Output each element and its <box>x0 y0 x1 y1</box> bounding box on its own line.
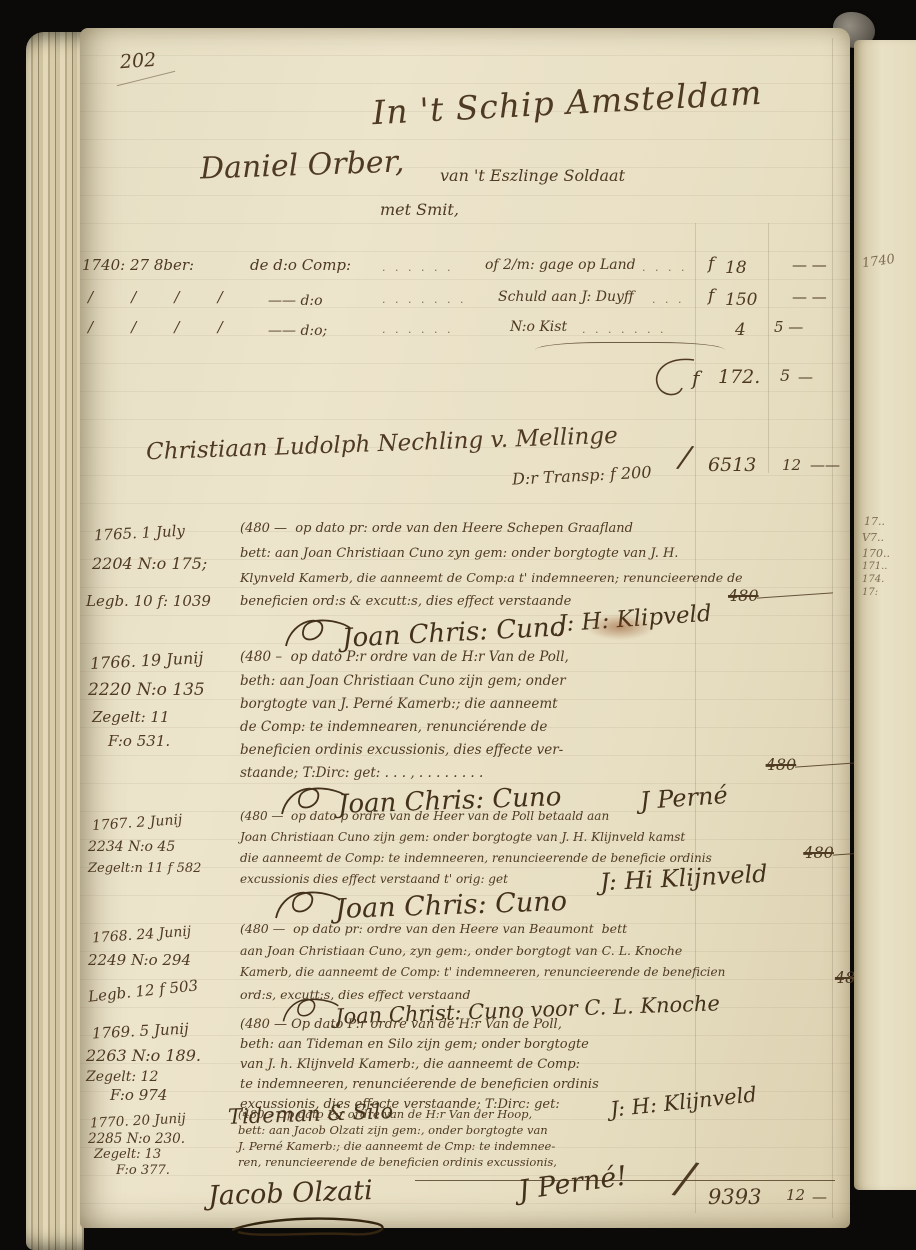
total-amount: 172. <box>718 368 760 388</box>
dot-leader: . . . . . . . <box>582 324 666 336</box>
facing-fragment: 174. <box>862 575 884 586</box>
account2-amount: 6513 <box>708 456 756 476</box>
ledger-row: / / / / —— d:o; . . . . . . N:o Kist . .… <box>80 320 840 344</box>
entry-date: 1765. 1 July <box>94 524 186 544</box>
entry-date: 1768. 24 Junij <box>92 925 192 947</box>
page-number-flourish <box>117 71 175 86</box>
row-desc: Schuld aan J: Duyff <box>498 290 634 305</box>
entry-ref: Zegelt: 12 <box>86 1070 158 1085</box>
entry-date: 1769. 5 Junij <box>92 1021 190 1042</box>
entry-ref: 2220 N:o 135 <box>88 682 205 700</box>
total-dash: — <box>798 370 813 386</box>
grand-total-amount: 9393 <box>708 1186 761 1208</box>
entry-body-line: Klynveld Kamerb, die aanneemt de Comp:a … <box>240 571 743 584</box>
ink-stain <box>585 614 655 640</box>
currency-sign: f <box>708 288 714 306</box>
facing-fragment: 1740 <box>861 253 896 271</box>
entry-ref: 2234 N:o 45 <box>88 840 175 855</box>
facing-fragment: 170.. <box>862 548 890 560</box>
entry-body-line: beneficien ord:s & excutt:s, dies effect… <box>240 595 571 609</box>
account2-transport: D:r Transp: f 200 <box>512 464 652 488</box>
entry-body-line: bett: aan Jacob Olzati zijn gem:, onder … <box>238 1124 548 1136</box>
account2-slash: / <box>678 441 692 474</box>
dot-leader: . . . . . . <box>382 324 453 336</box>
signature: Joan Chris: Cuno <box>335 886 568 925</box>
entry-body-line: (480 – op dato P:r ordre van de H:r Van … <box>240 650 569 664</box>
row-date: 1740: 27 8ber: <box>82 258 194 274</box>
entry-ref: 2263 N:o 189. <box>86 1048 201 1065</box>
row-cents: — — <box>792 290 827 306</box>
grand-total-dash: — <box>812 1190 827 1206</box>
account2-stuivers: 12 <box>782 458 801 474</box>
account-holder-note: met Smit, <box>380 202 459 219</box>
row-party: de d:o Comp: <box>250 258 351 274</box>
book-page-stack <box>26 32 84 1250</box>
entry-ref: F:o 974 <box>110 1088 167 1104</box>
total-cents: 5 <box>780 368 790 385</box>
entry-body-line: J. Perné Kamerb:; die aanneemt de Cmp: t… <box>238 1140 555 1152</box>
entry-ref: Legb. 10 f: 1039 <box>86 594 211 610</box>
facing-fragment: 17: <box>862 588 878 599</box>
entry-body-line: beth: aan Tideman en Silo zijn gem; onde… <box>240 1038 589 1052</box>
dot-leader: . . . . <box>642 262 687 274</box>
manuscript-page: 202 In 't Schip Amsteldam Daniel Orber, … <box>80 28 850 1228</box>
dot-leader: . . . <box>652 294 684 306</box>
row-date: / / / / <box>88 320 223 336</box>
row-desc: N:o Kist <box>510 320 567 335</box>
entry-body-line: (480 — op dato pr: orde van den Heere Sc… <box>240 522 633 536</box>
signature: J: H: Klijnveld <box>609 1082 758 1121</box>
entry-amount-struck: 480 <box>766 755 797 774</box>
account2-name: Christiaan Ludolph Nechling v. Mellinge <box>146 424 618 465</box>
row-date: / / / / <box>88 290 223 306</box>
entry-body-line: te indemneeren, renunciéerende de benefi… <box>240 1078 599 1092</box>
dot-leader: . . . . . . . <box>382 294 466 306</box>
entry-body-line: (480 — Op dato P:r ordre van de H:r Van … <box>240 1018 562 1032</box>
entry-ref: Legb. 12 f 503 <box>87 978 198 1005</box>
account2-dash: —— <box>810 458 840 474</box>
row-desc: of 2/m: gage op Land <box>485 258 636 273</box>
entry-amount-struck: 480 <box>803 843 834 862</box>
entry-body-line: beth: aan Joan Christiaan Cuno zijn gem;… <box>240 674 566 688</box>
entry-ref: 2285 N:o 230. <box>88 1132 185 1146</box>
dot-leader: . . . . . . <box>382 262 453 274</box>
account-holder-origin: van 't Eszlinge Soldaat <box>440 168 625 185</box>
entry-date: 1767. 2 Junij <box>92 813 183 834</box>
entry-body-line: Kamerb, die aanneemt de Comp: t' indemne… <box>240 966 725 979</box>
signature: Joan Chris: Cuno <box>341 612 566 654</box>
entry-body-line: staande; T:Dirc: get: . . . , . . . . . … <box>240 766 483 780</box>
row-amount: 150 <box>725 290 757 310</box>
entry-ref: 2204 N:o 175; <box>92 556 207 573</box>
entry-ref: 2249 N:o 294 <box>88 953 191 969</box>
entry-body-line: van J. h. Klijnveld Kamerb:, die aanneem… <box>240 1058 580 1072</box>
facing-page-edge: 1740 17.. V7.. 170.. 171.. 174. 17: <box>854 40 916 1190</box>
entry-body-line: (480 — op dato p ordre van de Heer van d… <box>240 810 609 823</box>
page-crease-line <box>832 38 833 1218</box>
row-cents: — — <box>792 258 827 274</box>
entry-body-line: (480 — op dato pr: ordre van den Heere v… <box>240 922 627 935</box>
sum-line <box>535 342 725 350</box>
entry-ref: F:o 531. <box>108 734 170 750</box>
entry-amount-struck: 480 <box>728 586 759 605</box>
entry-body-line: ren, renuncieerende de beneficien ordini… <box>238 1156 557 1168</box>
entry-ref: F:o 377. <box>116 1164 170 1178</box>
facing-fragment: 17.. <box>864 516 885 528</box>
currency-sign: f <box>708 256 714 274</box>
row-amount: 18 <box>725 258 747 278</box>
signature: J Perné <box>639 781 728 815</box>
currency-sign: f <box>692 368 699 389</box>
row-party: —— d:o <box>268 294 323 309</box>
entry-ref: Zegelt:n 11 f 582 <box>88 862 201 876</box>
ledger-row: 1740: 27 8ber: de d:o Comp: . . . . . . … <box>80 258 840 282</box>
entry-body-line: Joan Christiaan Cuno zijn gem: onder bor… <box>240 831 685 844</box>
page-number: 202 <box>119 51 157 73</box>
signature-flourish-icon <box>228 1214 398 1240</box>
row-party: —— d:o; <box>268 324 327 339</box>
entry-body-line: aan Joan Christiaan Cuno, zyn gem:, onde… <box>240 944 682 957</box>
entry-date: 1766. 19 Junij <box>90 650 204 673</box>
entry-body-line: de Comp: te indemnearen, renunciérende d… <box>240 720 547 734</box>
row-amount: 4 <box>735 320 746 340</box>
row-cents: 5 — <box>774 320 803 336</box>
signature: Jacob Olzati <box>208 1175 374 1212</box>
ledger-row: / / / / —— d:o . . . . . . . Schuld aan … <box>80 290 840 314</box>
entry-body-line: borgtogte van J. Perné Kamerb:; die aann… <box>240 697 558 711</box>
ship-header: In 't Schip Amsteldam <box>371 76 763 131</box>
grand-total-stuivers: 12 <box>786 1188 805 1204</box>
entry-ref: Zegelt: 11 <box>92 710 170 726</box>
entry-body-line: (480 – Op dato P:r ordre van de H:r Van … <box>238 1108 532 1120</box>
facing-fragment: 171.. <box>862 562 887 573</box>
entry-body-line: ord:s, excutt:s, dies effect verstaand <box>240 988 470 1001</box>
entry-body-line: bett: aan Joan Christiaan Cuno zyn gem: … <box>240 547 678 561</box>
entry-ref: Zegelt: 13 <box>94 1148 161 1162</box>
facing-fragment: V7.. <box>862 532 884 544</box>
signature: J: Hi Klijnveld <box>599 860 768 897</box>
entry-date: 1770. 20 Junij <box>90 1112 186 1131</box>
account-holder-name: Daniel Orber, <box>200 146 405 185</box>
entry-body-line: beneficien ordinis excussionis, dies eff… <box>240 743 563 757</box>
entry-body-line: die aanneemt de Comp: te indemneeren, re… <box>240 852 712 865</box>
